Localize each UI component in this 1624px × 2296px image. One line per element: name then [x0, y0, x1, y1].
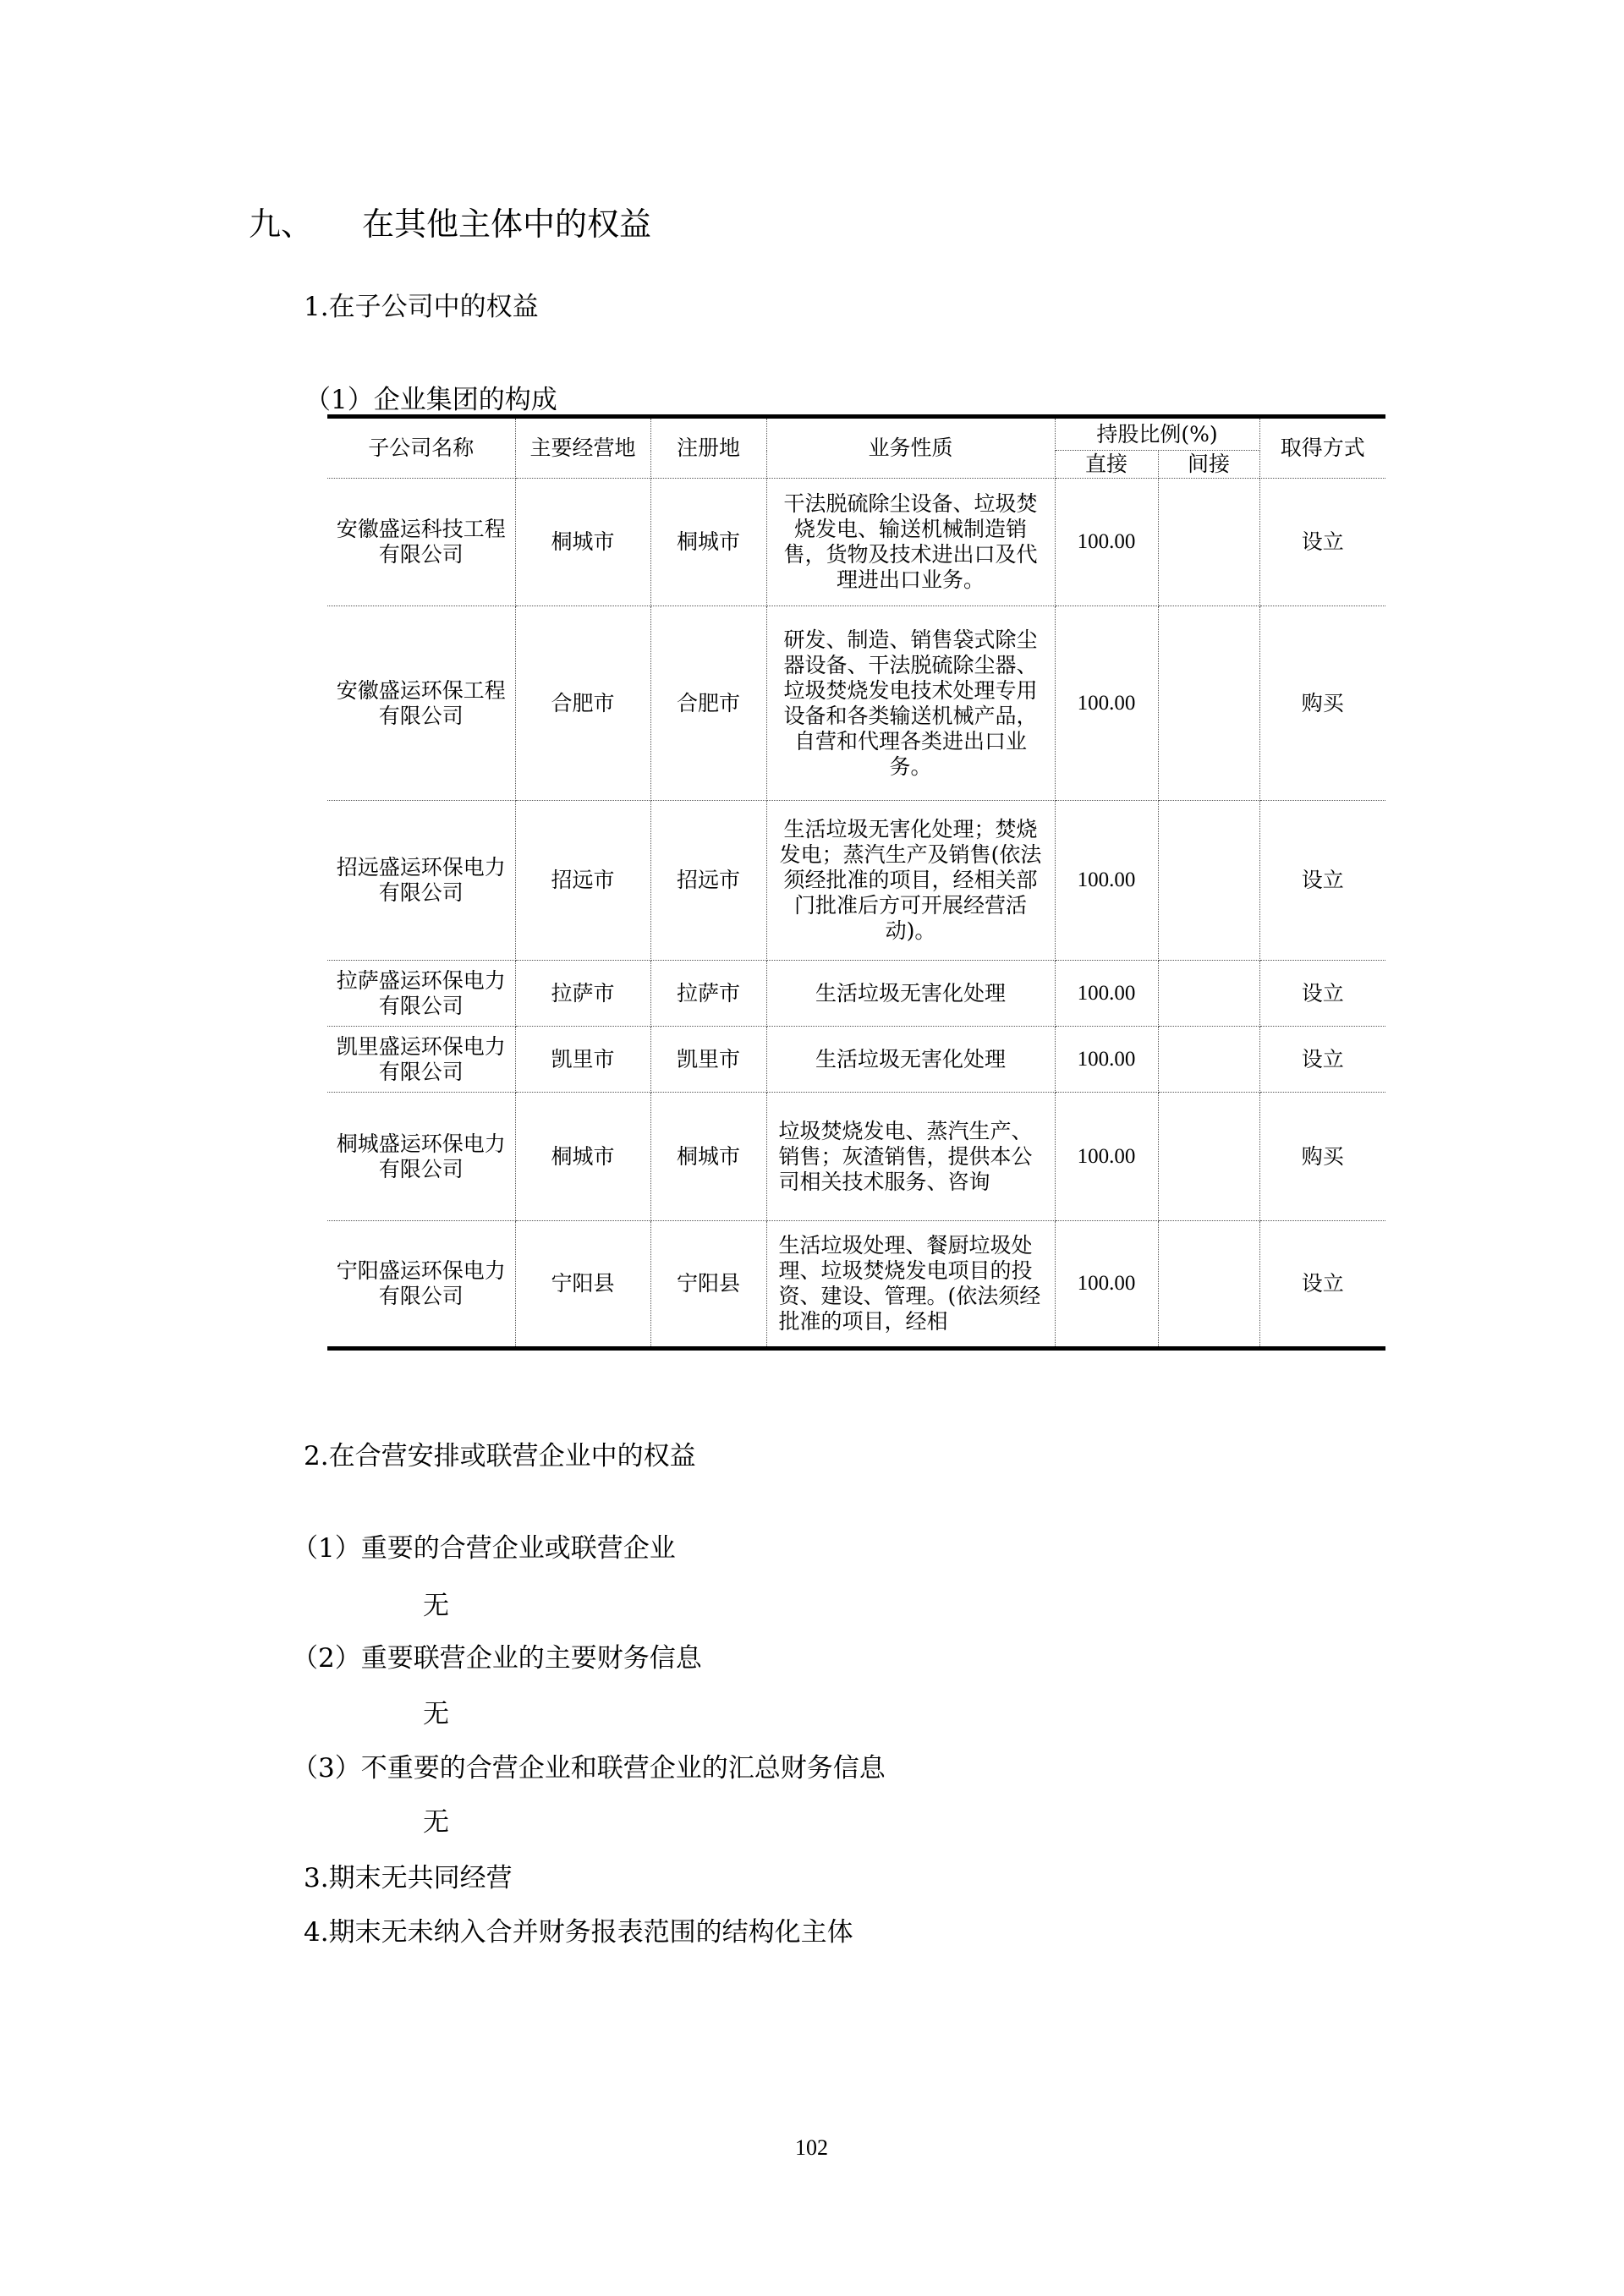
table-row: 宁阳盛运环保电力有限公司 宁阳县 宁阳县 生活垃圾处理、餐厨垃圾处理、垃圾焚烧发… — [327, 1221, 1385, 1349]
cell-main-place: 合肥市 — [515, 606, 650, 801]
subsection-1-title: 1.在子公司中的权益 — [304, 285, 539, 323]
table-row: 安徽盛运科技工程有限公司 桐城市 桐城市 干法脱硫除尘设备、垃圾焚烧发电、输送机… — [327, 479, 1385, 606]
cell-reg-place: 合肥市 — [650, 606, 766, 801]
subsection-1-1-title: （1）企业集团的构成 — [304, 378, 557, 416]
cell-name: 安徽盛运环保工程有限公司 — [327, 606, 515, 801]
table-row: 凯里盛运环保电力有限公司 凯里市 凯里市 生活垃圾无害化处理 100.00 设立 — [327, 1027, 1385, 1093]
subsection-3-title: 3.期末无共同经营 — [304, 1856, 513, 1894]
cell-name: 招远盛运环保电力有限公司 — [327, 801, 515, 961]
header-indirect: 间接 — [1158, 451, 1259, 479]
cell-reg-place: 凯里市 — [650, 1027, 766, 1093]
cell-indirect — [1158, 961, 1259, 1027]
cell-direct: 100.00 — [1055, 961, 1158, 1027]
table-row: 安徽盛运环保工程有限公司 合肥市 合肥市 研发、制造、销售袋式除尘器设备、干法脱… — [327, 606, 1385, 801]
item-3-value: 无 — [423, 1800, 449, 1838]
cell-reg-place: 宁阳县 — [650, 1221, 766, 1349]
item-2-title: （2）重要联营企业的主要财务信息 — [292, 1636, 702, 1674]
page-number: 102 — [795, 2135, 828, 2161]
cell-name: 宁阳盛运环保电力有限公司 — [327, 1221, 515, 1349]
cell-direct: 100.00 — [1055, 1221, 1158, 1349]
section-title: 在其他主体中的权益 — [362, 198, 651, 244]
header-main-place: 主要经营地 — [515, 417, 650, 479]
header-reg-place: 注册地 — [650, 417, 766, 479]
cell-main-place: 宁阳县 — [515, 1221, 650, 1349]
cell-business: 研发、制造、销售袋式除尘器设备、干法脱硫除尘器、垃圾焚烧发电技术处理专用设备和各… — [766, 606, 1055, 801]
cell-direct: 100.00 — [1055, 479, 1158, 606]
subsidiary-table: 子公司名称 主要经营地 注册地 业务性质 持股比例(%) 取得方式 直接 间接 … — [327, 414, 1385, 1351]
item-1-title: （1）重要的合营企业或联营企业 — [292, 1526, 676, 1564]
cell-name: 凯里盛运环保电力有限公司 — [327, 1027, 515, 1093]
cell-direct: 100.00 — [1055, 801, 1158, 961]
cell-reg-place: 桐城市 — [650, 1093, 766, 1221]
cell-business: 干法脱硫除尘设备、垃圾焚烧发电、输送机械制造销售，货物及技术进出口及代理进出口业… — [766, 479, 1055, 606]
cell-main-place: 招远市 — [515, 801, 650, 961]
header-name: 子公司名称 — [327, 417, 515, 479]
cell-acquire: 购买 — [1259, 606, 1385, 801]
cell-indirect — [1158, 606, 1259, 801]
cell-business: 生活垃圾无害化处理 — [766, 961, 1055, 1027]
cell-indirect — [1158, 801, 1259, 961]
cell-name: 安徽盛运科技工程有限公司 — [327, 479, 515, 606]
cell-business: 垃圾焚烧发电、蒸汽生产、销售；灰渣销售，提供本公司相关技术服务、咨询 — [766, 1093, 1055, 1221]
cell-acquire: 设立 — [1259, 1027, 1385, 1093]
table-row: 招远盛运环保电力有限公司 招远市 招远市 生活垃圾无害化处理；焚烧发电；蒸汽生产… — [327, 801, 1385, 961]
subsection-4-title: 4.期末无未纳入合并财务报表范围的结构化主体 — [304, 1910, 853, 1948]
cell-main-place: 凯里市 — [515, 1027, 650, 1093]
cell-indirect — [1158, 1093, 1259, 1221]
cell-indirect — [1158, 479, 1259, 606]
cell-reg-place: 拉萨市 — [650, 961, 766, 1027]
cell-acquire: 设立 — [1259, 479, 1385, 606]
cell-reg-place: 桐城市 — [650, 479, 766, 606]
table-row: 桐城盛运环保电力有限公司 桐城市 桐城市 垃圾焚烧发电、蒸汽生产、销售；灰渣销售… — [327, 1093, 1385, 1221]
cell-direct: 100.00 — [1055, 1027, 1158, 1093]
subsection-2-title: 2.在合营安排或联营企业中的权益 — [304, 1434, 696, 1472]
cell-acquire: 设立 — [1259, 1221, 1385, 1349]
cell-acquire: 购买 — [1259, 1093, 1385, 1221]
item-1-value: 无 — [423, 1584, 449, 1622]
cell-direct: 100.00 — [1055, 1093, 1158, 1221]
cell-name: 拉萨盛运环保电力有限公司 — [327, 961, 515, 1027]
cell-direct: 100.00 — [1055, 606, 1158, 801]
cell-business: 生活垃圾无害化处理；焚烧发电；蒸汽生产及销售(依法须经批准的项目，经相关部门批准… — [766, 801, 1055, 961]
table-row: 拉萨盛运环保电力有限公司 拉萨市 拉萨市 生活垃圾无害化处理 100.00 设立 — [327, 961, 1385, 1027]
cell-main-place: 桐城市 — [515, 479, 650, 606]
header-share-ratio: 持股比例(%) — [1055, 417, 1259, 451]
section-number: 九、 — [249, 198, 313, 244]
header-direct: 直接 — [1055, 451, 1158, 479]
cell-indirect — [1158, 1221, 1259, 1349]
cell-business: 生活垃圾无害化处理 — [766, 1027, 1055, 1093]
header-business: 业务性质 — [766, 417, 1055, 479]
item-3-title: （3）不重要的合营企业和联营企业的汇总财务信息 — [292, 1746, 886, 1784]
cell-acquire: 设立 — [1259, 961, 1385, 1027]
cell-business: 生活垃圾处理、餐厨垃圾处理、垃圾焚烧发电项目的投资、建设、管理。(依法须经批准的… — [766, 1221, 1055, 1349]
cell-main-place: 拉萨市 — [515, 961, 650, 1027]
cell-indirect — [1158, 1027, 1259, 1093]
cell-name: 桐城盛运环保电力有限公司 — [327, 1093, 515, 1221]
cell-main-place: 桐城市 — [515, 1093, 650, 1221]
cell-reg-place: 招远市 — [650, 801, 766, 961]
item-2-value: 无 — [423, 1692, 449, 1730]
cell-acquire: 设立 — [1259, 801, 1385, 961]
header-acquire: 取得方式 — [1259, 417, 1385, 479]
